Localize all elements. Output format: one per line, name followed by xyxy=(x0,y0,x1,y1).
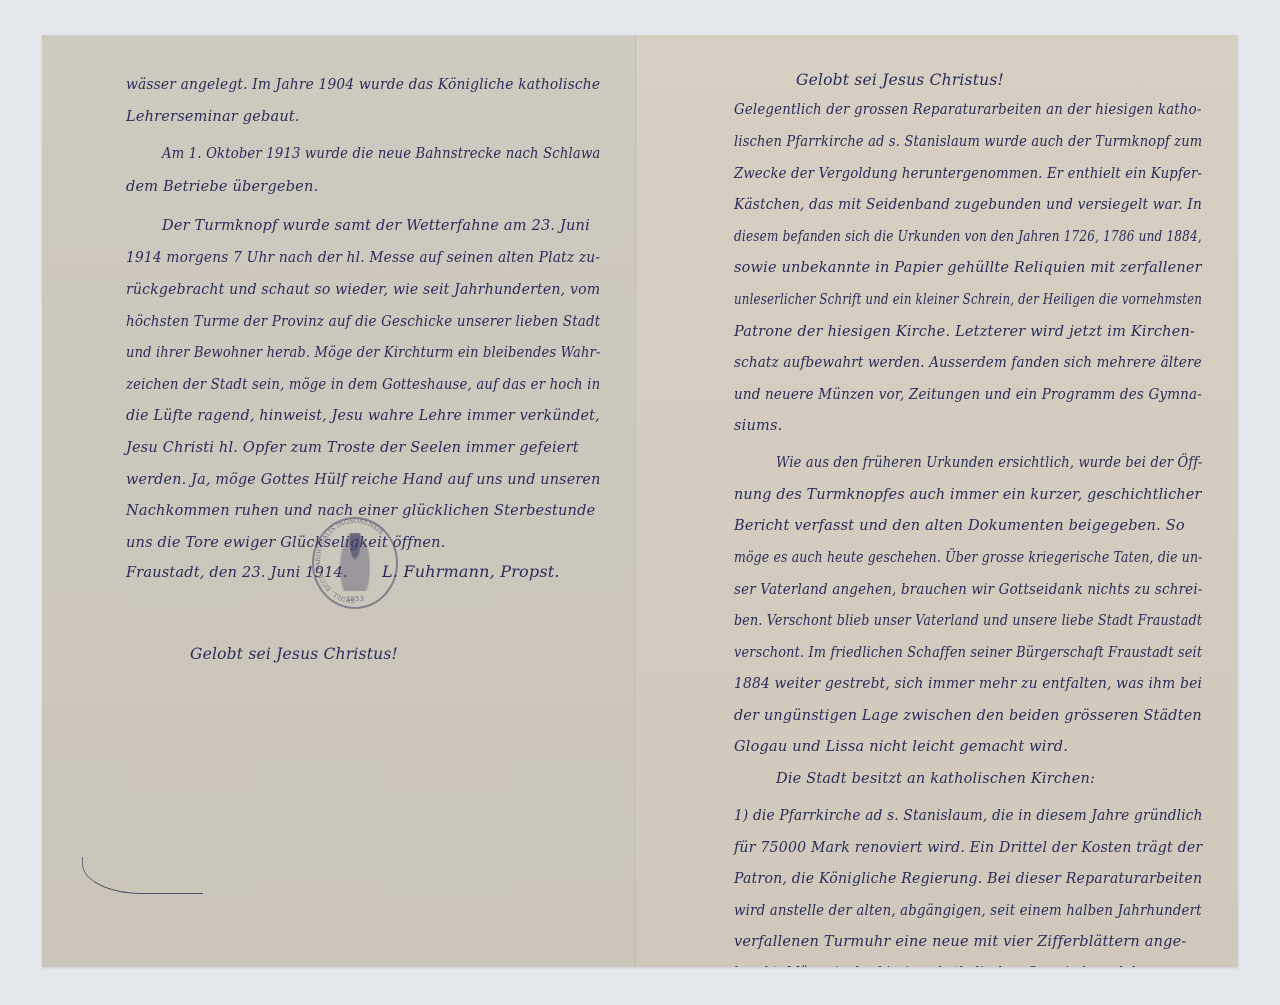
text-line: siums. xyxy=(734,411,782,441)
text-line: bracht. Möge sie der hiesigen katholisch… xyxy=(734,958,1202,967)
text-line: unleserlicher Schrift und ein kleiner Sc… xyxy=(734,285,1202,315)
text-line: ben. Verschont blieb unser Vaterland und… xyxy=(734,606,1202,636)
text-line: diesem befanden sich die Urkunden von de… xyxy=(734,222,1202,252)
text-line: Patrone der hiesigen Kirche. Letzterer w… xyxy=(734,317,1195,347)
text-line: der ungünstigen Lage zwischen den beiden… xyxy=(734,701,1202,731)
right-page: Gelobt sei Jesus Christus! Gelegentlich … xyxy=(636,35,1238,967)
letter-sheet: wässer angelegt. Im Jahre 1904 wurde das… xyxy=(42,35,1238,967)
text-line: verschont. Im friedlichen Schaffen seine… xyxy=(734,638,1202,668)
text-line: lischen Pfarrkirche ad s. Stanislaum wur… xyxy=(734,127,1202,157)
right-heading: Gelobt sei Jesus Christus! xyxy=(796,65,1004,95)
text-line: Die Stadt besitzt an katholischen Kirche… xyxy=(776,764,1095,794)
text-line: Zwecke der Vergoldung heruntergenommen. … xyxy=(734,159,1202,189)
text-line: nung des Turmknopfes auch immer ein kurz… xyxy=(734,480,1202,510)
text-line: 1) die Pfarrkirche ad s. Stanislaum, die… xyxy=(734,801,1203,831)
text-line: Gelegentlich der grossen Reparaturarbeit… xyxy=(734,95,1202,125)
text-line: Glogau und Lissa nicht leicht gemacht wi… xyxy=(734,732,1068,762)
text-line: wird anstelle der alten, abgängigen, sei… xyxy=(734,896,1202,926)
text-line: schatz aufbewahrt werden. Ausserdem fand… xyxy=(734,348,1202,378)
left-page: wässer angelegt. Im Jahre 1904 wurde das… xyxy=(42,35,636,967)
text-line: verfallenen Turmuhr eine neue mit vier Z… xyxy=(734,927,1187,957)
text-line: ser Vaterland angehen, brauchen wir Gott… xyxy=(734,575,1203,605)
text-line: 1884 weiter gestrebt, sich immer mehr zu… xyxy=(734,669,1202,699)
text-line: Patron, die Königliche Regierung. Bei di… xyxy=(734,864,1202,894)
closing-greeting: Gelobt sei Jesus Christus! xyxy=(190,639,398,669)
text-line: Wie aus den früheren Urkunden ersichtlic… xyxy=(776,448,1202,478)
text-line: möge es auch heute geschehen. Über gross… xyxy=(734,543,1203,573)
text-line: für 75000 Mark renoviert wird. Ein Dritt… xyxy=(734,833,1202,863)
text-line: Kästchen, das mit Seidenband zugebunden … xyxy=(734,190,1202,220)
text-line: und neuere Münzen vor, Zeitungen und ein… xyxy=(734,380,1202,410)
text-line: sowie unbekannte in Papier gehüllte Reli… xyxy=(734,253,1202,283)
right-page-text: Gelobt sei Jesus Christus! Gelegentlich … xyxy=(636,35,1238,967)
text-line: Bericht verfasst und den alten Dokumente… xyxy=(734,511,1185,541)
